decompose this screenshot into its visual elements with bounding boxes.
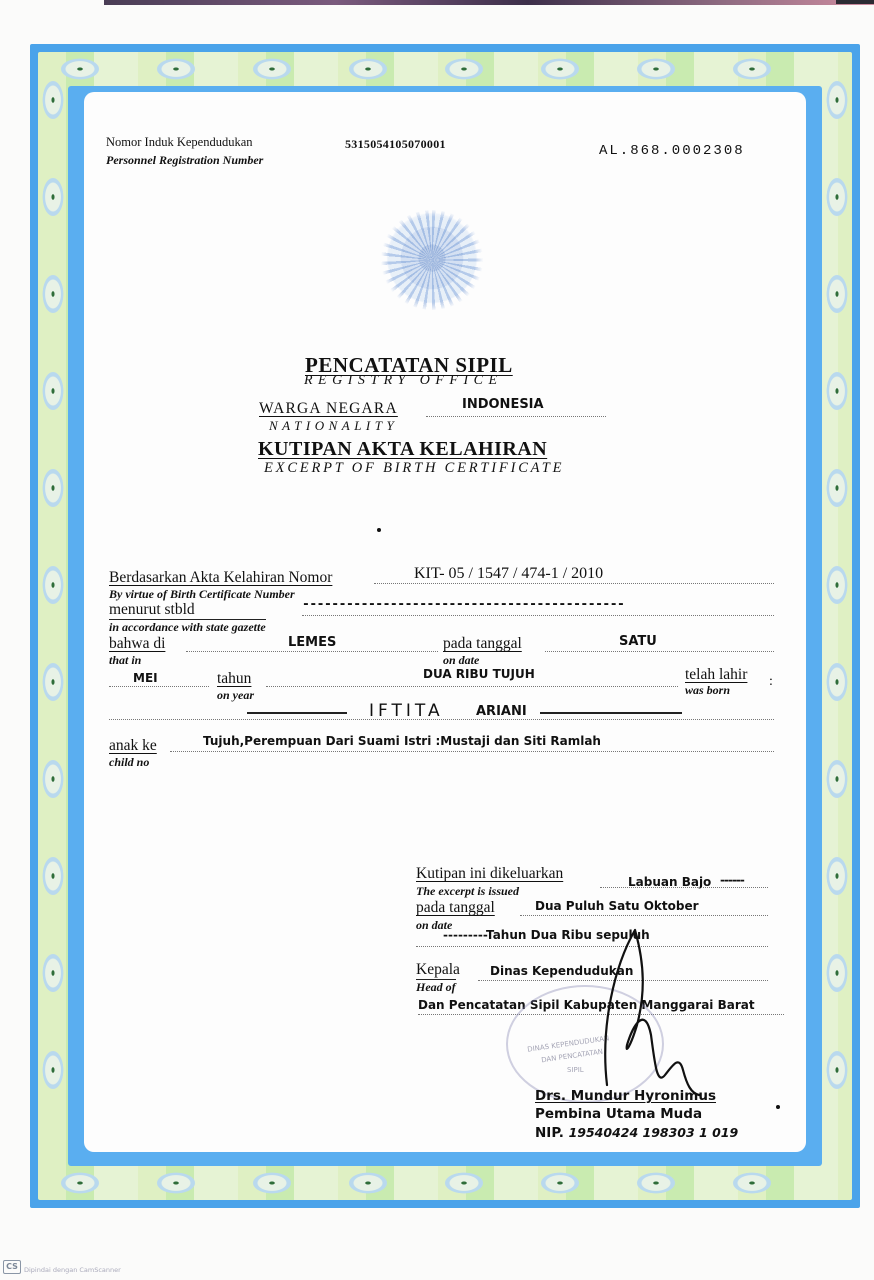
date-value: SATU (619, 634, 657, 649)
signatory-rank: Pembina Utama Muda (535, 1106, 702, 1122)
document-title: KUTIPAN AKTA KELAHIRAN (258, 438, 547, 461)
border-ornament-icon (730, 57, 774, 81)
dot-mark (377, 528, 381, 532)
issued-date-value: Dua Puluh Satu Oktober (535, 899, 699, 913)
place-dotline (186, 651, 438, 652)
nationality-label-en: NATIONALITY (269, 418, 398, 434)
border-ornament-icon (41, 563, 65, 607)
gazette-dotline (302, 615, 774, 616)
office-title-en: REGISTRY OFFICE (304, 373, 503, 389)
child-no-label-en: child no (109, 755, 149, 770)
cert-number-label-en: By virtue of Birth Certificate Number (109, 587, 295, 602)
border-ornament-icon (825, 563, 849, 607)
date-dotline (545, 651, 774, 652)
child-name-handwritten: IFTITA (369, 701, 444, 721)
signatory-nip: NIP. 19540424 198303 1 019 (535, 1125, 738, 1141)
name-dotline (109, 719, 774, 720)
head-label-en: Head of (416, 979, 456, 995)
nik-value: 5315054105070001 (345, 137, 446, 152)
border-ornament-icon (825, 757, 849, 801)
border-ornament-icon (825, 369, 849, 413)
serial-number: AL.868.0002308 (599, 143, 745, 159)
border-ornament-icon (41, 660, 65, 704)
border-ornament-icon (346, 1171, 390, 1195)
border-ornament-icon (346, 57, 390, 81)
born-label-en: was born (685, 683, 730, 698)
border-ornament-icon (825, 78, 849, 122)
place-label: bahwa di (109, 635, 165, 653)
born-label: telah lahir (685, 666, 747, 684)
border-ornament-icon (58, 1171, 102, 1195)
year-label: tahun (217, 670, 251, 688)
border-ornament-icon (825, 951, 849, 995)
issued-year-dotline (416, 946, 768, 947)
cert-number-label: Berdasarkan Akta Kelahiran Nomor (109, 569, 332, 587)
border-ornament-icon (538, 1171, 582, 1195)
child-name-typed: ARIANI (476, 704, 527, 719)
border-ornament-icon (730, 1171, 774, 1195)
gazette-label-en: in accordance with state gazette (109, 619, 266, 635)
nationality-label: WARGA NEGARA (259, 400, 398, 418)
year-dotline (266, 686, 678, 687)
border-ornament-icon (58, 57, 102, 81)
camscanner-icon: CS (3, 1260, 21, 1274)
name-dash-left (247, 712, 347, 714)
place-label-en: that in (109, 653, 141, 668)
year-label-en: on year (217, 688, 254, 703)
issued-place-trail: ------ (720, 873, 744, 887)
border-ornament-icon (41, 272, 65, 316)
border-ornament-icon (825, 466, 849, 510)
nip-value: 19540424 198303 1 019 (569, 1125, 739, 1140)
gazette-label: menurut stbld (109, 601, 195, 619)
garuda-emblem-icon (380, 210, 484, 310)
border-ornament-icon (41, 854, 65, 898)
border-ornament-icon (41, 1048, 65, 1092)
name-dash-right (540, 712, 682, 714)
place-value: LEMES (288, 635, 336, 650)
born-colon: : (769, 674, 773, 690)
issued-place-dotline (600, 887, 768, 888)
nik-label-en: Personnel Registration Number (106, 153, 263, 168)
date-label: pada tanggal (443, 635, 522, 653)
cert-number-value: KIT- 05 / 1547 / 474-1 / 2010 (414, 565, 603, 583)
scan-edge-strip-end (836, 0, 874, 4)
scan-edge-strip (104, 0, 874, 5)
child-no-label: anak ke (109, 737, 157, 755)
child-no-value: Tujuh,Perempuan Dari Suami Istri :Mustaj… (203, 734, 601, 748)
stamp-line-3: SIPIL (567, 1066, 584, 1074)
signatory-name: Drs. Mundur Hyronimus (535, 1088, 716, 1104)
border-ornament-icon (442, 57, 486, 81)
border-ornament-icon (41, 369, 65, 413)
nip-label: NIP. (535, 1125, 564, 1141)
document-title-en: EXCERPT OF BIRTH CERTIFICATE (264, 460, 564, 477)
issued-label-en: The excerpt is issued (416, 884, 519, 899)
border-ornament-icon (825, 660, 849, 704)
head-label: Kepala (416, 961, 460, 979)
border-ornament-icon (41, 951, 65, 995)
border-ornament-icon (442, 1171, 486, 1195)
month-dotline (109, 686, 209, 687)
dot-mark-2 (776, 1105, 780, 1109)
year-value: DUA RIBU TUJUH (423, 667, 535, 681)
border-ornament-icon (825, 272, 849, 316)
border-ornament-icon (825, 175, 849, 219)
border-ornament-icon (825, 1048, 849, 1092)
border-ornament-icon (41, 466, 65, 510)
border-ornament-icon (538, 57, 582, 81)
nationality-value: INDONESIA (462, 397, 544, 412)
child-no-dotline (170, 751, 774, 752)
scanner-watermark: Dipindai dengan CamScanner (24, 1266, 121, 1274)
signature-icon (595, 925, 715, 1105)
date-label-en: on date (443, 653, 479, 668)
border-ornament-icon (41, 78, 65, 122)
gazette-value: ----------------------------------------… (302, 597, 624, 612)
nationality-dotline (426, 416, 606, 417)
border-ornament-icon (41, 175, 65, 219)
border-ornament-icon (154, 1171, 198, 1195)
border-ornament-icon (250, 57, 294, 81)
month-value: MEI (133, 671, 158, 685)
cert-number-dotline (374, 583, 774, 584)
border-ornament-icon (154, 57, 198, 81)
border-ornament-icon (825, 854, 849, 898)
nik-label: Nomor Induk Kependudukan (106, 135, 253, 150)
border-ornament-icon (634, 1171, 678, 1195)
border-ornament-icon (634, 57, 678, 81)
issued-label: Kutipan ini dikeluarkan (416, 865, 563, 883)
issued-date-dotline (520, 915, 768, 916)
issued-date-label: pada tanggal (416, 899, 495, 917)
border-ornament-icon (41, 757, 65, 801)
border-ornament-icon (250, 1171, 294, 1195)
